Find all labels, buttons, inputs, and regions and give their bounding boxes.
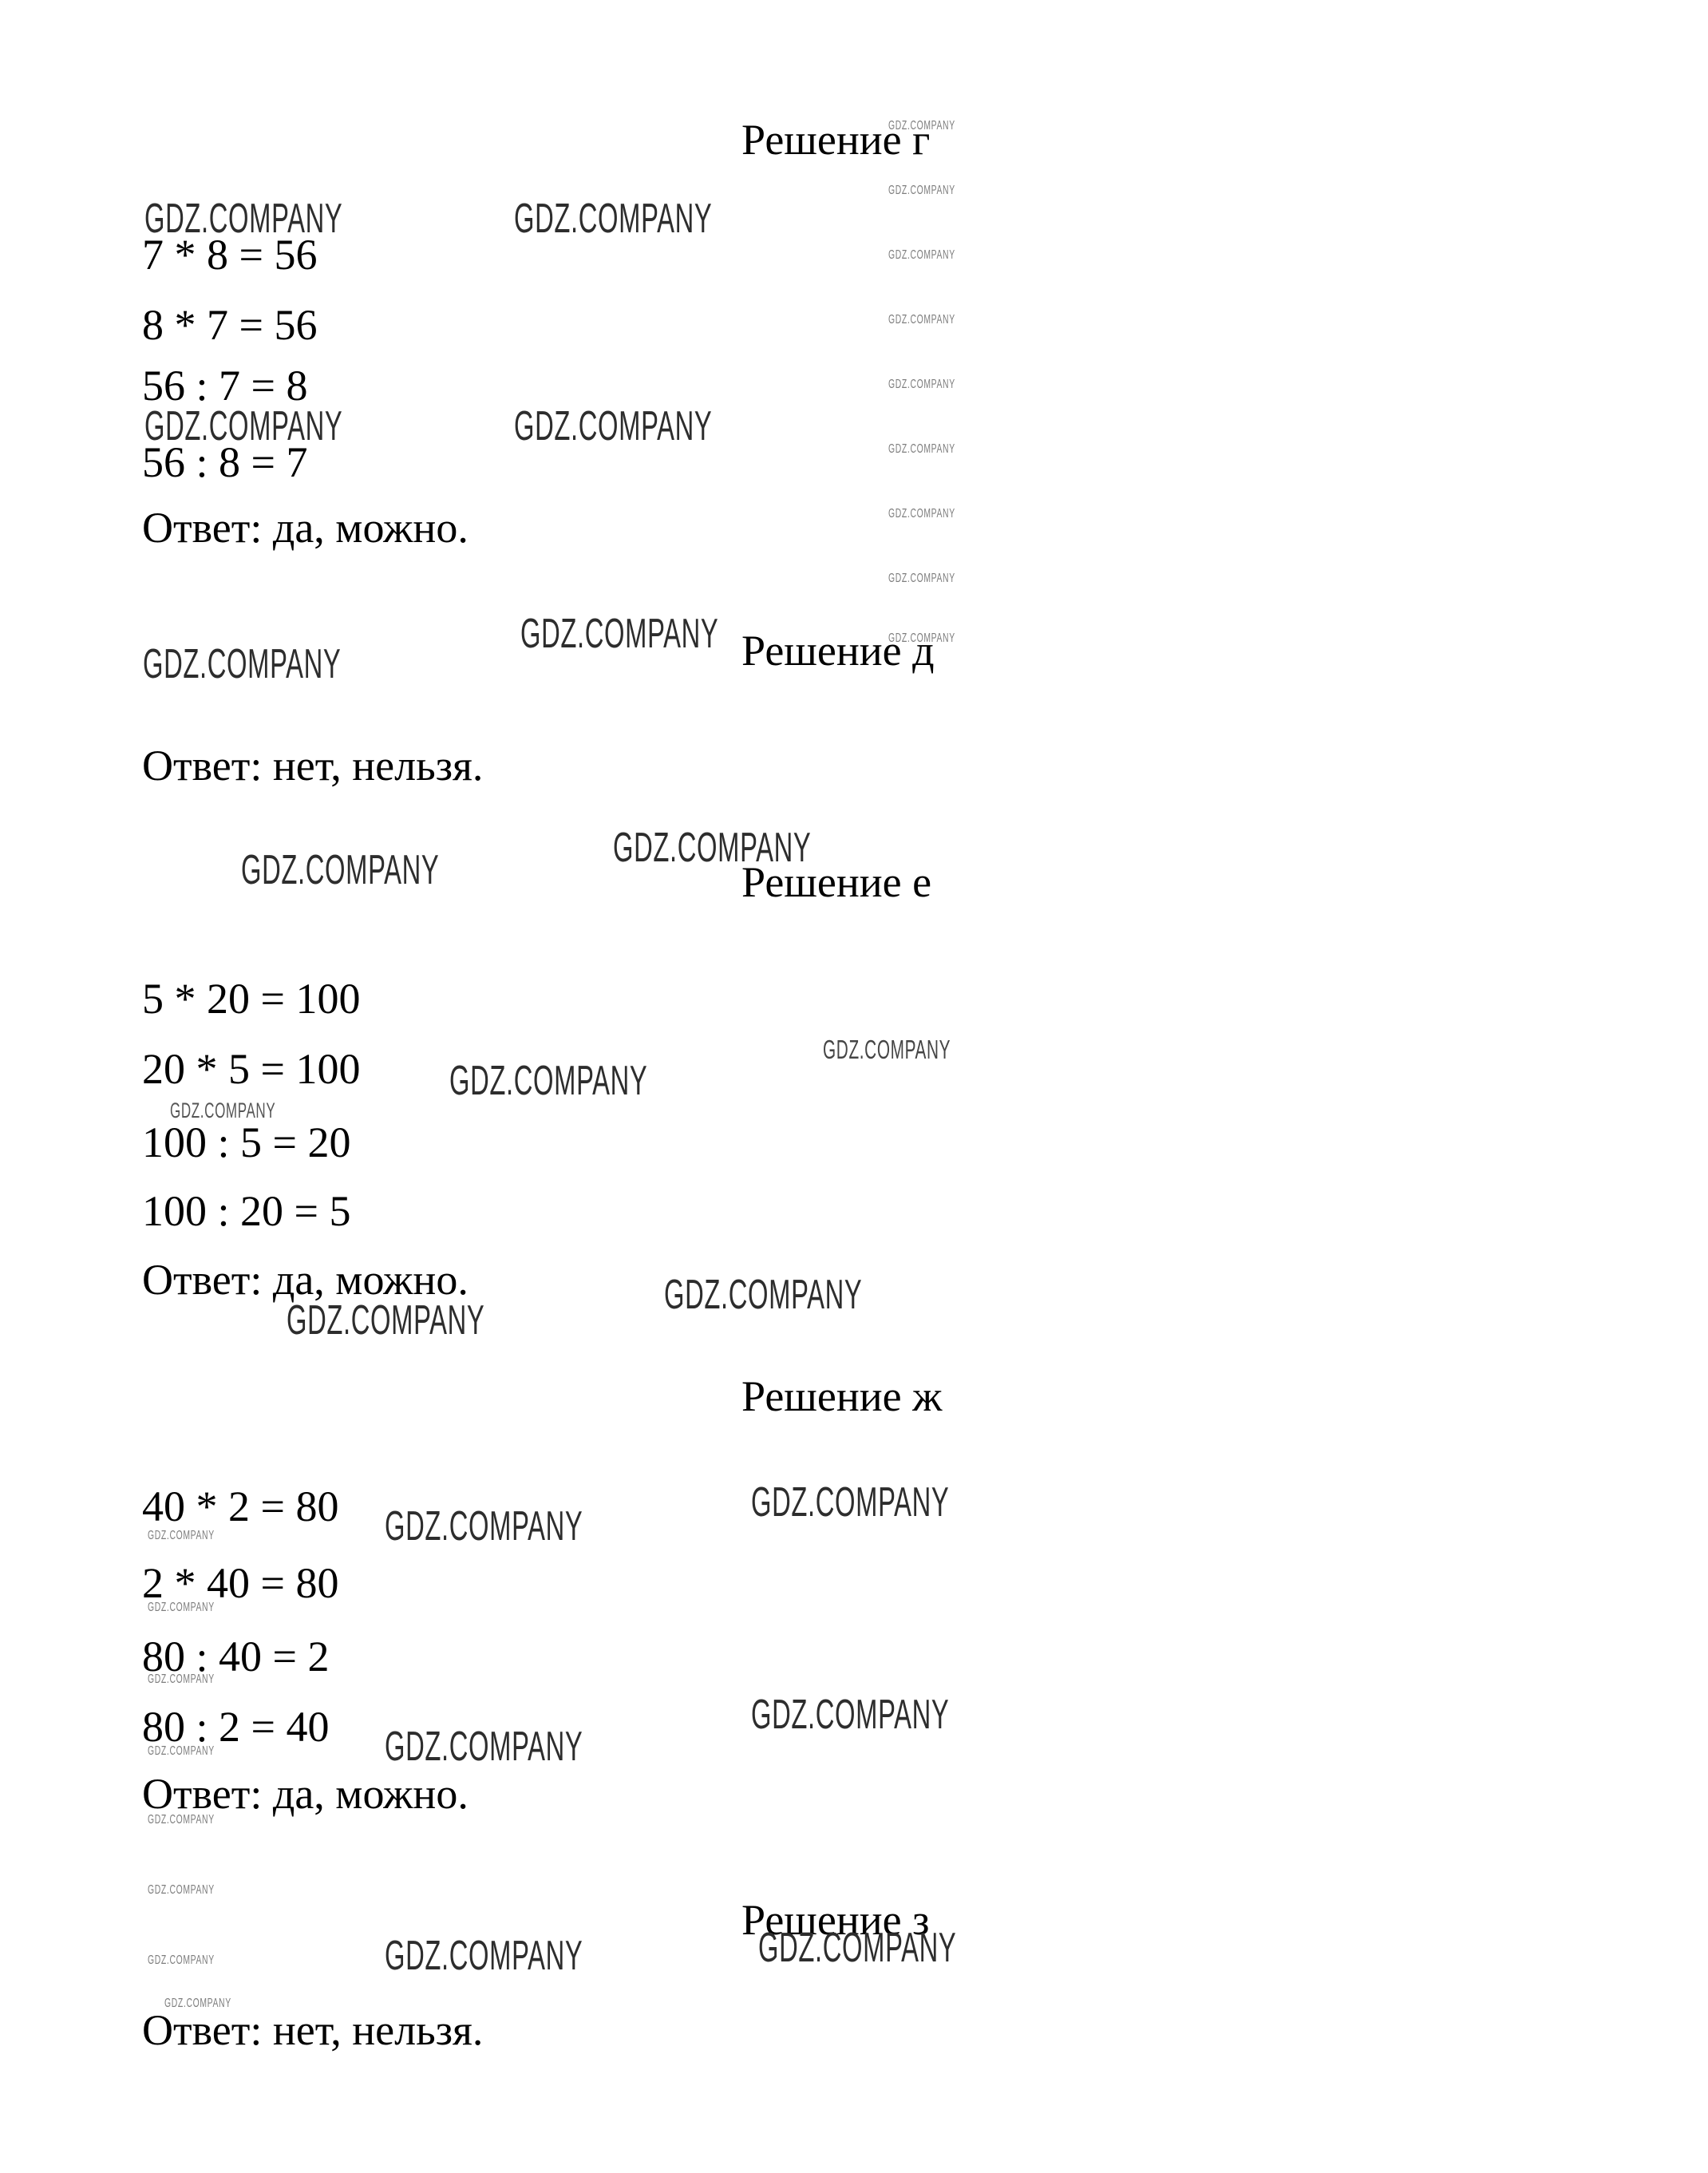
- equation-line: 40 * 2 = 80: [142, 1485, 338, 1528]
- watermark-text: GDZ.COMPANY: [888, 443, 955, 456]
- equation-line: 56 : 7 = 8: [142, 364, 307, 407]
- watermark-text: GDZ.COMPANY: [170, 1100, 275, 1122]
- watermark-text: GDZ.COMPANY: [148, 1954, 215, 1967]
- watermark-text: GDZ.COMPANY: [888, 632, 955, 645]
- equation-line: 2 * 40 = 80: [142, 1561, 338, 1605]
- watermark-text: GDZ.COMPANY: [241, 849, 439, 891]
- equation-line: 5 * 20 = 100: [142, 977, 360, 1020]
- watermark-text: GDZ.COMPANY: [385, 1935, 583, 1977]
- watermark-text: GDZ.COMPANY: [758, 1927, 956, 1969]
- equation-line: 80 : 40 = 2: [142, 1635, 329, 1678]
- watermark-text: GDZ.COMPANY: [148, 1745, 215, 1758]
- watermark-text: GDZ.COMPANY: [143, 643, 341, 685]
- watermark-text: GDZ.COMPANY: [514, 406, 712, 447]
- watermark-text: GDZ.COMPANY: [888, 184, 955, 197]
- section-header-zh: Решение ж: [741, 1375, 942, 1418]
- watermark-text: GDZ.COMPANY: [164, 1997, 231, 2010]
- watermark-text: GDZ.COMPANY: [144, 406, 342, 447]
- watermark-text: GDZ.COMPANY: [888, 249, 955, 262]
- equation-line: 20 * 5 = 100: [142, 1047, 360, 1090]
- watermark-text: GDZ.COMPANY: [144, 198, 342, 239]
- watermark-text: GDZ.COMPANY: [751, 1694, 949, 1736]
- watermark-text: GDZ.COMPANY: [613, 827, 811, 869]
- answer-line: Ответ: нет, нельзя.: [142, 744, 483, 787]
- watermark-text: GDZ.COMPANY: [449, 1060, 647, 1102]
- watermark-text: GDZ.COMPANY: [888, 120, 955, 133]
- watermark-text: GDZ.COMPANY: [888, 572, 955, 585]
- watermark-text: GDZ.COMPANY: [823, 1036, 951, 1063]
- watermark-text: GDZ.COMPANY: [148, 1884, 215, 1897]
- answer-line: Ответ: да, можно.: [142, 1258, 469, 1301]
- watermark-text: GDZ.COMPANY: [751, 1482, 949, 1523]
- watermark-text: GDZ.COMPANY: [514, 198, 712, 239]
- equation-line: 100 : 5 = 20: [142, 1121, 350, 1164]
- watermark-text: GDZ.COMPANY: [287, 1300, 484, 1341]
- watermark-text: GDZ.COMPANY: [148, 1530, 215, 1542]
- watermark-text: GDZ.COMPANY: [148, 1814, 215, 1827]
- watermark-text: GDZ.COMPANY: [888, 314, 955, 327]
- document-page: Решение г 7 * 8 = 56 8 * 7 = 56 56 : 7 =…: [0, 0, 1708, 2173]
- watermark-text: GDZ.COMPANY: [385, 1726, 583, 1767]
- equation-line: 100 : 20 = 5: [142, 1189, 350, 1233]
- watermark-text: GDZ.COMPANY: [520, 613, 718, 655]
- equation-line: 80 : 2 = 40: [142, 1705, 329, 1748]
- answer-line: Ответ: да, можно.: [142, 506, 469, 549]
- answer-line: Ответ: нет, нельзя.: [142, 2009, 483, 2052]
- watermark-text: GDZ.COMPANY: [888, 508, 955, 520]
- watermark-text: GDZ.COMPANY: [385, 1506, 583, 1547]
- watermark-text: GDZ.COMPANY: [664, 1274, 862, 1316]
- equation-line: 8 * 7 = 56: [142, 303, 317, 346]
- watermark-text: GDZ.COMPANY: [888, 378, 955, 391]
- watermark-text: GDZ.COMPANY: [148, 1673, 215, 1686]
- watermark-text: GDZ.COMPANY: [148, 1601, 215, 1614]
- answer-line: Ответ: да, можно.: [142, 1772, 469, 1815]
